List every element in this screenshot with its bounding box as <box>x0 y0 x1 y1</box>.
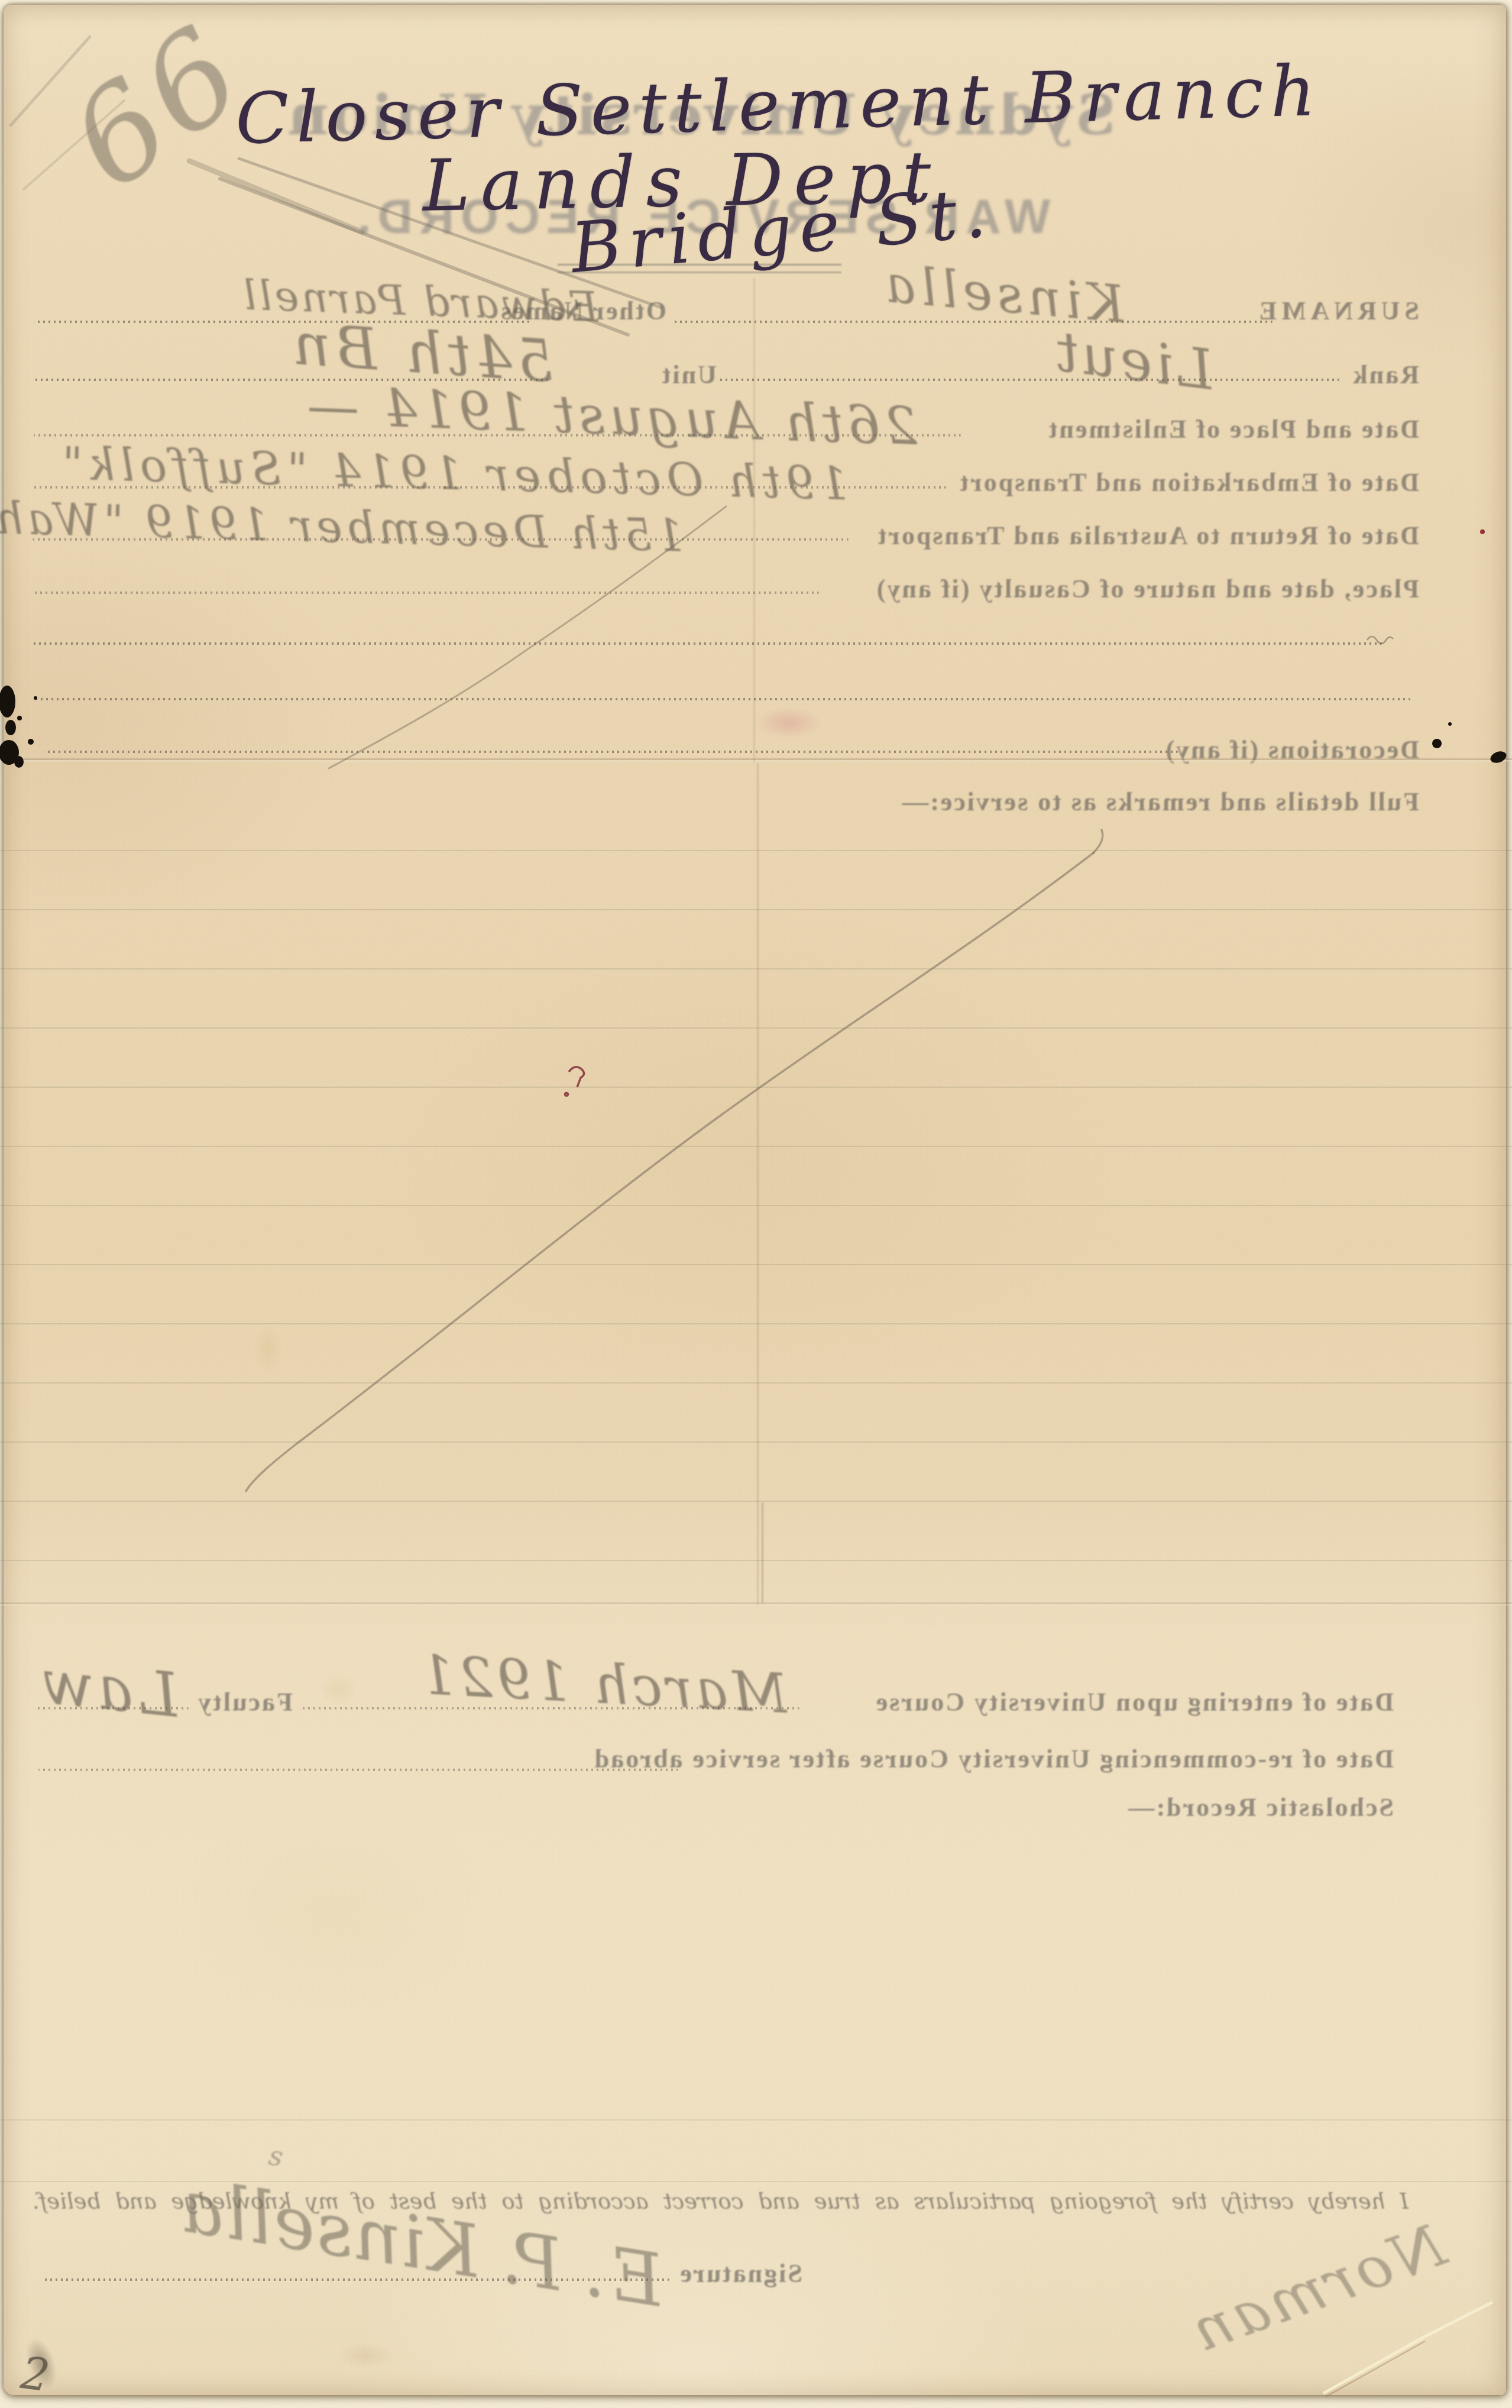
ruled-line <box>0 1323 1512 1324</box>
ruled-line <box>0 850 1512 851</box>
ruled-line <box>0 1382 1512 1384</box>
ruled-line <box>0 968 1512 969</box>
ruled-line <box>0 2181 1512 2182</box>
ruled-line <box>0 909 1512 910</box>
ruled-line <box>0 1264 1512 1265</box>
ruled-line <box>0 1205 1512 1206</box>
paper-sheet <box>4 5 1506 2395</box>
ruled-line <box>0 1560 1512 1561</box>
ruled-line <box>0 1146 1512 1147</box>
scanned-document: Sydney University Union WAR SERVICE RECO… <box>0 0 1512 2408</box>
ruled-line <box>0 1441 1512 1443</box>
paper-mottling <box>4 5 1506 2395</box>
ruled-line <box>0 1501 1512 1502</box>
ruled-line <box>0 2119 1512 2121</box>
ruled-line <box>0 1087 1512 1088</box>
ruled-line <box>0 1027 1512 1029</box>
